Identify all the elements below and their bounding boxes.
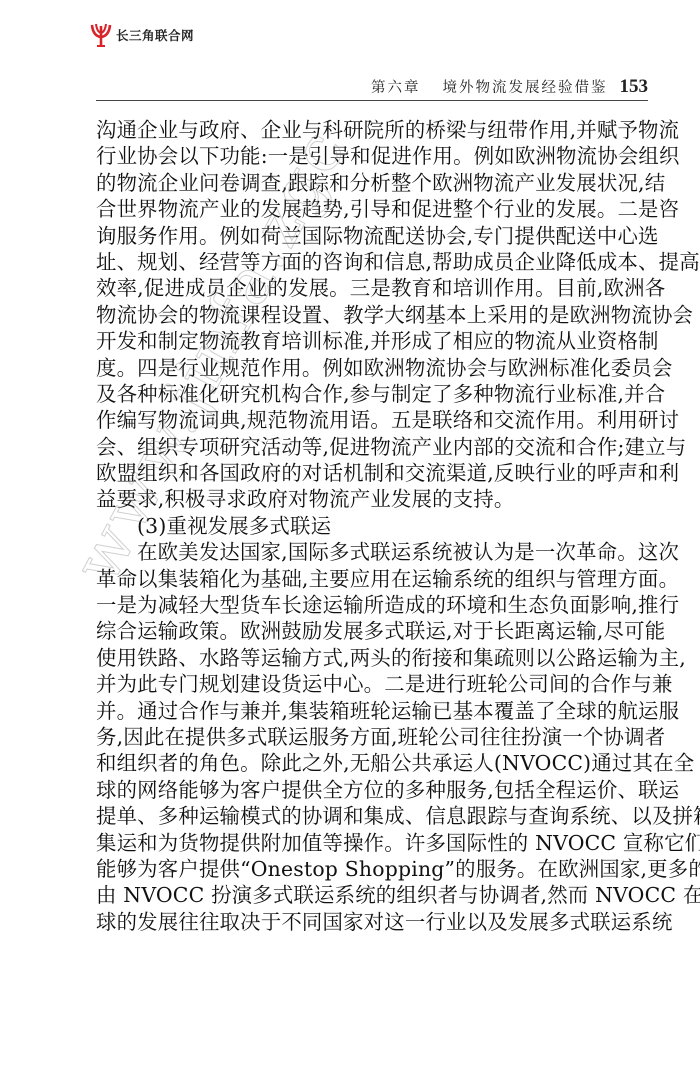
text-line: 会、组织专项研究活动等,促进物流产业内部的交流和合作;建立与 xyxy=(96,434,652,460)
page-number: 153 xyxy=(620,76,649,98)
text-line: 效率,促进成员企业的发展。三是教育和培训作用。目前,欧洲各 xyxy=(96,275,652,301)
text-line: 开发和制定物流教育培训标准,并形成了相应的物流从业资格制 xyxy=(96,328,652,354)
text-line: 提单、多种运输模式的协调和集成、信息跟踪与查询系统、以及拼箱 xyxy=(96,803,652,829)
running-head: 第六章 境外物流发展经验借鉴 153 xyxy=(336,76,648,98)
section-heading: (3)重视发展多式联运 xyxy=(96,513,652,539)
text-line: 欧盟组织和各国政府的对话机制和交流渠道,反映行业的呼声和利 xyxy=(96,460,652,486)
body-text: 沟通企业与政府、企业与科研院所的桥梁与纽带作用,并赋予物流行业协会以下功能:一是… xyxy=(96,117,652,935)
text-line: 及各种标准化研究机构合作,参与制定了多种物流行业标准,并合 xyxy=(96,381,652,407)
text-line: 集运和为货物提供附加值等操作。许多国际性的 NVOCC 宣称它们 xyxy=(96,830,652,856)
text-line: 益要求,积极寻求政府对物流产业发展的支持。 xyxy=(96,486,652,512)
text-line: 务,因此在提供多式联运服务方面,班轮公司往往扮演一个协调者 xyxy=(96,724,652,750)
text-line: 并。通过合作与兼并,集装箱班轮运输已基本覆盖了全球的航运服 xyxy=(96,698,652,724)
text-line: 址、规划、经营等方面的咨询和信息,帮助成员企业降低成本、提高 xyxy=(96,249,652,275)
header-rule xyxy=(96,100,648,101)
text-line: 球的发展往往取决于不同国家对这一行业以及发展多式联运系统 xyxy=(96,909,652,935)
text-line: 革命以集装箱化为基础,主要应用在运输系统的组织与管理方面。 xyxy=(96,566,652,592)
text-line: 的物流企业问卷调查,跟踪和分析整个欧洲物流产业发展状况,结 xyxy=(96,170,652,196)
psi-logo-icon xyxy=(90,22,112,48)
text-line: 作编写物流词典,规范物流用语。五是联络和交流作用。利用研讨 xyxy=(96,407,652,433)
text-line: 和组织者的角色。除此之外,无船公共承运人(NVOCC)通过其在全 xyxy=(96,750,652,776)
text-line: 能够为客户提供“Onestop Shopping”的服务。在欧洲国家,更多的是 xyxy=(96,856,652,882)
text-line: 一是为减轻大型货车长途运输所造成的环境和生态负面影响,推行 xyxy=(96,592,652,618)
text-line: 沟通企业与政府、企业与科研院所的桥梁与纽带作用,并赋予物流 xyxy=(96,117,652,143)
text-line: 使用铁路、水路等运输方式,两头的衔接和集疏则以公路运输为主, xyxy=(96,645,652,671)
text-line: 并为此专门规划建设货运中心。二是进行班轮公司间的合作与兼 xyxy=(96,671,652,697)
text-line: 由 NVOCC 扮演多式联运系统的组织者与协调者,然而 NVOCC 在全 xyxy=(96,882,652,908)
site-logo: 长三角联合网 xyxy=(90,22,194,48)
text-line: 球的网络能够为客户提供全方位的多种服务,包括全程运价、联运 xyxy=(96,777,652,803)
text-line: 在欧美发达国家,国际多式联运系统被认为是一次革命。这次 xyxy=(96,539,652,565)
chapter-label: 第六章 xyxy=(371,76,421,97)
text-line: 综合运输政策。欧洲鼓励发展多式联运,对于长距离运输,尽可能 xyxy=(96,618,652,644)
text-line: 度。四是行业规范作用。例如欧洲物流协会与欧洲标准化委员会 xyxy=(96,355,652,381)
text-line: 行业协会以下功能:一是引导和促进作用。例如欧洲物流协会组织 xyxy=(96,143,652,169)
site-name: 长三角联合网 xyxy=(116,26,194,44)
text-line: 询服务作用。例如荷兰国际物流配送协会,专门提供配送中心选 xyxy=(96,223,652,249)
text-line: 物流协会的物流课程设置、教学大纲基本上采用的是欧洲物流协会 xyxy=(96,302,652,328)
chapter-title: 境外物流发展经验借鉴 xyxy=(443,76,608,97)
text-line: 合世界物流产业的发展趋势,引导和促进整个行业的发展。二是咨 xyxy=(96,196,652,222)
